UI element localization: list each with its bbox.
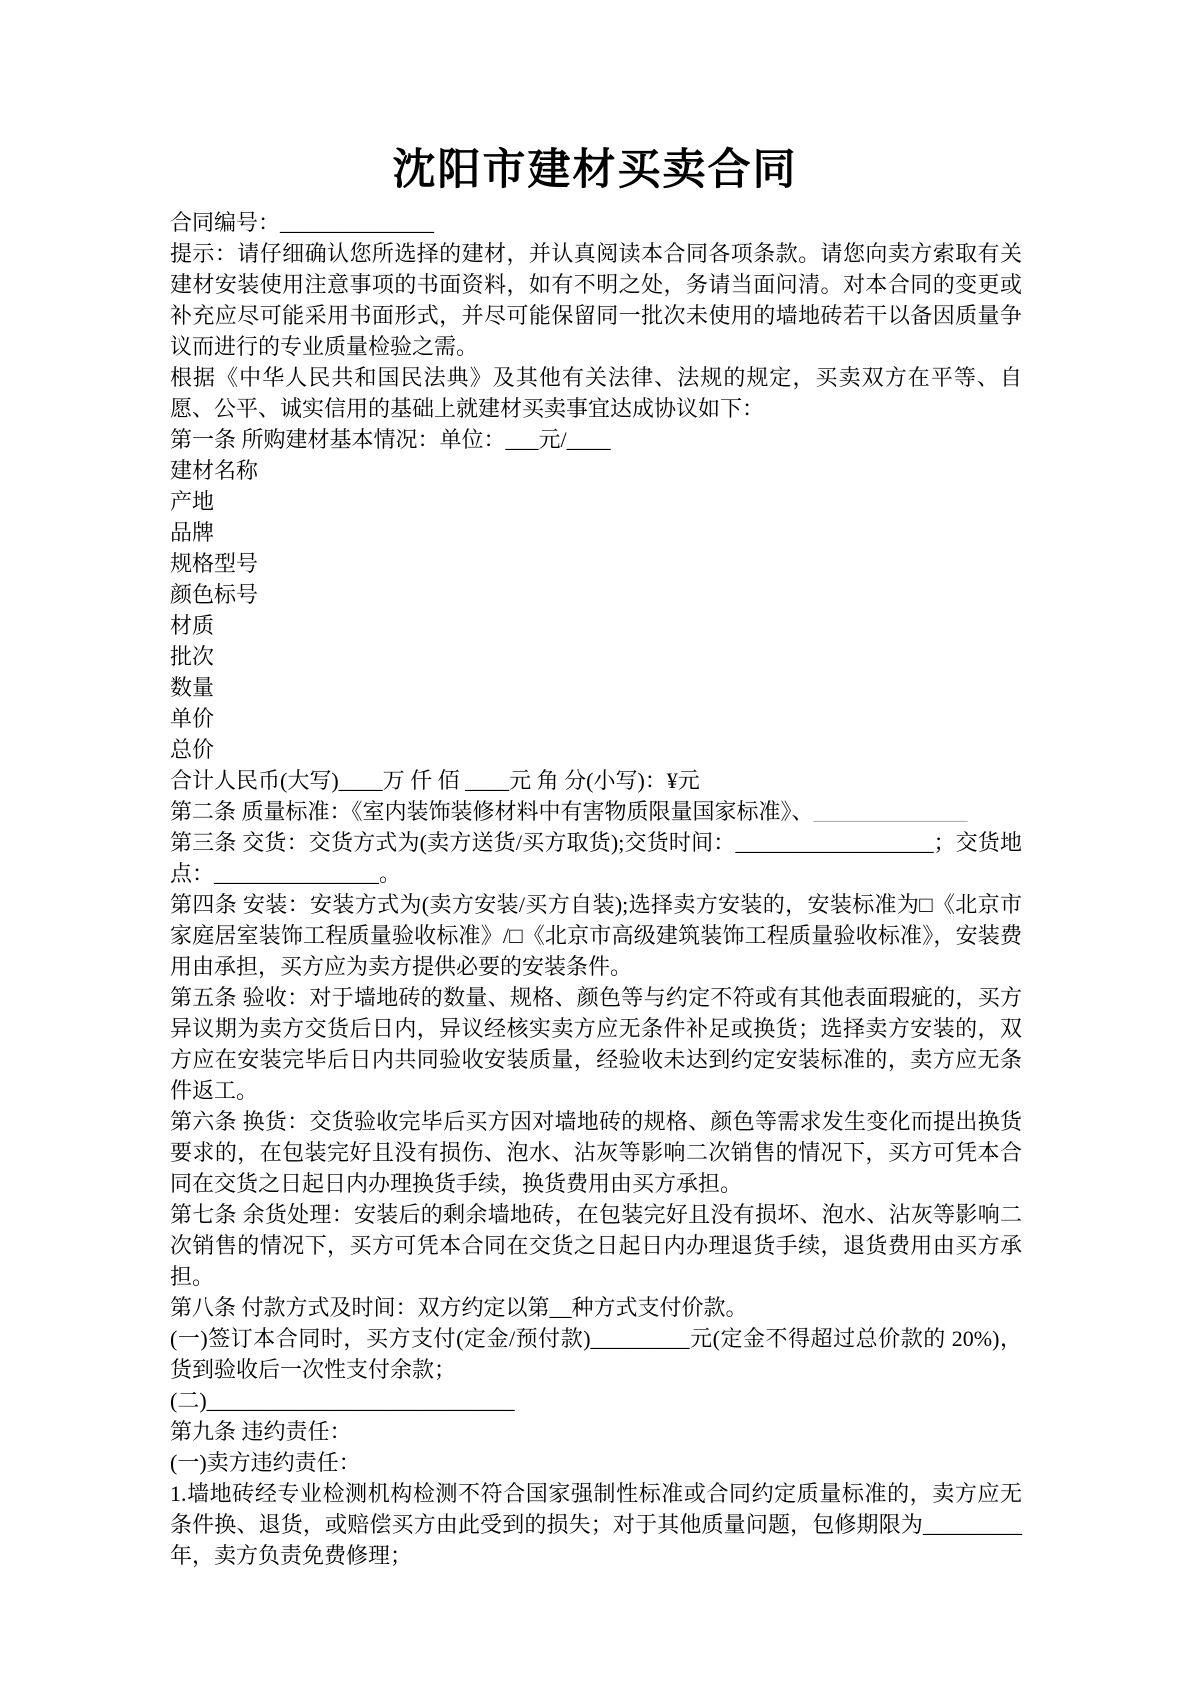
paragraph: 第九条 违约责任：	[170, 1416, 1022, 1447]
paragraph: 品牌	[170, 517, 1022, 548]
paragraph-text: 单价	[170, 706, 214, 731]
paragraph: 单价	[170, 703, 1022, 734]
paragraph-text: 第五条 验收：对于墙地砖的数量、规格、颜色等与约定不符或有其他表面瑕疵的，买方异…	[170, 985, 1022, 1103]
document-title: 沈阳市建材买卖合同	[170, 0, 1020, 195]
paragraph: 材质	[170, 610, 1022, 641]
document-page: 沈阳市建材买卖合同 合同编号：______________提示：请仔细确认您所选…	[0, 0, 1190, 1683]
paragraph-blank-underline: ______________	[814, 799, 968, 824]
paragraph-text: 根据《中华人民共和国民法典》及其他有关法律、法规的规定，买卖双方在平等、自愿、公…	[170, 365, 1022, 421]
paragraph-text: 合计人民币(大写)____万 仟 佰 ____元 角 分(小写)：¥元	[170, 768, 700, 793]
paragraph: 合计人民币(大写)____万 仟 佰 ____元 角 分(小写)：¥元	[170, 765, 1022, 796]
paragraph: 第五条 验收：对于墙地砖的数量、规格、颜色等与约定不符或有其他表面瑕疵的，买方异…	[170, 982, 1022, 1106]
paragraph-text: 提示：请仔细确认您所选择的建材，并认真阅读本合同各项条款。请您向卖方索取有关建材…	[170, 241, 1022, 359]
paragraph: 数量	[170, 672, 1022, 703]
paragraph-text: 批次	[170, 644, 214, 669]
paragraph-text: 第一条 所购建材基本情况：单位：___元/____	[170, 427, 611, 452]
paragraph: 第八条 付款方式及时间：双方约定以第__种方式支付价款。	[170, 1292, 1022, 1323]
paragraph-text: 材质	[170, 613, 214, 638]
paragraph: 规格型号	[170, 548, 1022, 579]
paragraph: 第六条 换货：交货验收完毕后买方因对墙地砖的规格、颜色等需求发生变化而提出换货要…	[170, 1106, 1022, 1199]
paragraph: (一)卖方违约责任：	[170, 1447, 1022, 1478]
paragraph-text: 规格型号	[170, 551, 258, 576]
paragraph-text: 第八条 付款方式及时间：双方约定以第__种方式支付价款。	[170, 1295, 748, 1320]
paragraph-text: (一)签订本合同时，买方支付(定金/预付款)_________元(定金不得超过总…	[170, 1326, 1022, 1382]
paragraph: 第七条 余货处理：安装后的剩余墙地砖，在包装完好且没有损坏、泡水、沾灰等影响二次…	[170, 1199, 1022, 1292]
paragraph: 根据《中华人民共和国民法典》及其他有关法律、法规的规定，买卖双方在平等、自愿、公…	[170, 362, 1022, 424]
paragraph: 第二条 质量标准：《室内装饰装修材料中有害物质限量国家标准》、_________…	[170, 796, 1022, 827]
paragraph-text: 品牌	[170, 520, 214, 545]
paragraph-text: 数量	[170, 675, 214, 700]
paragraph-text: 总价	[170, 737, 214, 762]
document-body: 合同编号：______________提示：请仔细确认您所选择的建材，并认真阅读…	[170, 207, 1022, 1571]
paragraph-text: 1.墙地砖经专业检测机构检测不符合国家强制性标准或合同约定质量标准的，卖方应无条…	[170, 1481, 1022, 1568]
paragraph: 建材名称	[170, 455, 1022, 486]
paragraph-text: 第四条 安装：安装方式为(卖方安装/买方自装);选择卖方安装的，安装标准为□《北…	[170, 892, 1022, 979]
paragraph: 颜色标号	[170, 579, 1022, 610]
paragraph: 1.墙地砖经专业检测机构检测不符合国家强制性标准或合同约定质量标准的，卖方应无条…	[170, 1478, 1022, 1571]
paragraph-text: 第六条 换货：交货验收完毕后买方因对墙地砖的规格、颜色等需求发生变化而提出换货要…	[170, 1109, 1022, 1196]
paragraph-text: 第七条 余货处理：安装后的剩余墙地砖，在包装完好且没有损坏、泡水、沾灰等影响二次…	[170, 1202, 1022, 1289]
paragraph-text: 第三条 交货：交货方式为(卖方送货/买方取货);交货时间：___________…	[170, 830, 1022, 886]
paragraph-text: 建材名称	[170, 458, 258, 483]
paragraph: (二)____________________________	[170, 1385, 1022, 1416]
paragraph: 第一条 所购建材基本情况：单位：___元/____	[170, 424, 1022, 455]
paragraph: 总价	[170, 734, 1022, 765]
paragraph-text: (二)____________________________	[170, 1388, 515, 1413]
paragraph: 提示：请仔细确认您所选择的建材，并认真阅读本合同各项条款。请您向卖方索取有关建材…	[170, 238, 1022, 362]
paragraph: (一)签订本合同时，买方支付(定金/预付款)_________元(定金不得超过总…	[170, 1323, 1022, 1385]
paragraph: 第三条 交货：交货方式为(卖方送货/买方取货);交货时间：___________…	[170, 827, 1022, 889]
paragraph: 合同编号：______________	[170, 207, 1022, 238]
paragraph: 第四条 安装：安装方式为(卖方安装/买方自装);选择卖方安装的，安装标准为□《北…	[170, 889, 1022, 982]
paragraph-text: 合同编号：______________	[170, 210, 434, 235]
paragraph-text: 产地	[170, 489, 214, 514]
paragraph-text: 第二条 质量标准：《室内装饰装修材料中有害物质限量国家标准》、	[170, 799, 814, 824]
paragraph-text: 颜色标号	[170, 582, 258, 607]
paragraph: 批次	[170, 641, 1022, 672]
paragraph-text: (一)卖方违约责任：	[170, 1450, 361, 1475]
paragraph: 产地	[170, 486, 1022, 517]
paragraph-text: 第九条 违约责任：	[170, 1419, 352, 1444]
